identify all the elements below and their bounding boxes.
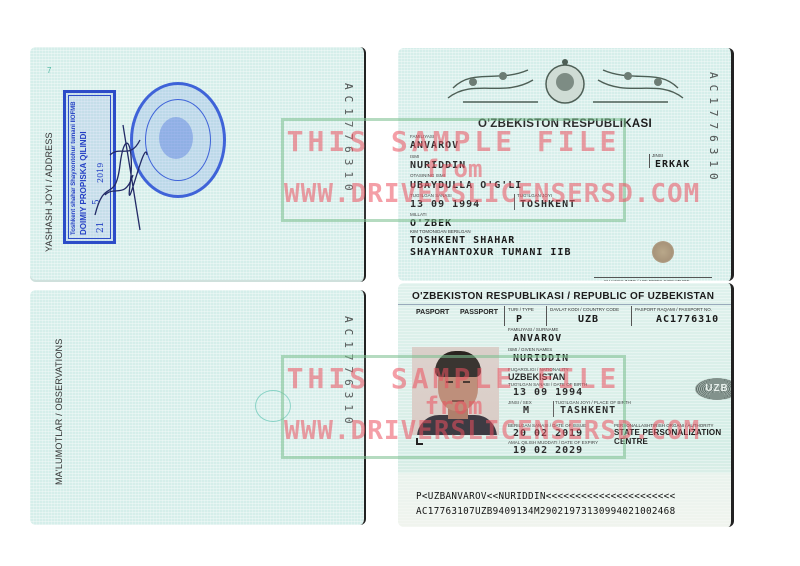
country-code-value: UZB	[578, 314, 599, 325]
issued-by-line1: TOSHKENT SHAHAR	[410, 235, 515, 246]
doc-type-uz: PASPORT	[416, 309, 449, 316]
pob-value: TOSHKENT	[520, 199, 576, 210]
pob-value: TASHKENT	[560, 405, 616, 416]
issued-by-label: KIM TOMONIDAN BERILGAN	[410, 229, 471, 234]
nationality-value: UZBEKISTAN	[508, 372, 565, 382]
sex-value: ERKAK	[655, 159, 690, 170]
patronymic-label: OTASINING ISMI	[410, 173, 445, 178]
country-code-label: DAVLAT KODI / COUNTRY CODE	[550, 307, 619, 312]
observations-section-label: MA'LUMOTLAR / OBSERVATIONS	[54, 339, 64, 485]
dob-label: TUG'ILGAN SANASI	[410, 193, 452, 198]
expiry-date-value: 19 02 2029	[513, 445, 583, 456]
dob-value: 13 09 1994	[410, 199, 480, 210]
surname-label: FAMILIYASI / SURNAME	[508, 327, 558, 332]
authority-line1: STATE PERSONALIZATION	[614, 428, 721, 437]
dob-value: 13 09 1994	[513, 387, 583, 398]
personal-page-title: O'ZBEKISTON RESPUBLIKASI	[478, 118, 652, 130]
mrz-line-1: P<UZBANVAROV<<NURIDDIN<<<<<<<<<<<<<<<<<<…	[416, 491, 675, 502]
type-value: P	[516, 314, 523, 325]
signature-scribble	[85, 115, 155, 235]
sex-label: JINSI	[652, 153, 663, 158]
name-label: ISMI	[410, 154, 419, 159]
biodata-page-title: O'ZBEKISTON RESPUBLIKASI / REPUBLIC OF U…	[412, 291, 714, 302]
address-page: 7 YASHASH JOYI / ADDRESS Toshkent shahar…	[30, 47, 366, 282]
issue-date-value: 20 02 2019	[513, 428, 583, 439]
perforated-serial: AC1776310	[342, 316, 355, 430]
issued-by-line2: SHAYHANTOXUR TUMANI IIB	[410, 247, 571, 258]
state-emblem-icon	[443, 58, 688, 104]
signature-label: SHAXSIY IMZO / HOLDER'S SIGNATURE	[604, 279, 689, 281]
perforated-serial: AC1776310	[342, 83, 355, 197]
watermark-emblem-icon	[255, 390, 291, 422]
address-section-label: YASHASH JOYI / ADDRESS	[44, 132, 54, 252]
doc-type-en: PASSPORT	[460, 309, 498, 316]
type-label: TURI / TYPE	[508, 307, 534, 312]
surname-value: ANVAROV	[410, 140, 459, 151]
signature-line	[594, 277, 712, 278]
stamp-line1: Toshkent shahar Shayxontohur tumani IIOF…	[71, 101, 77, 235]
biodata-page: O'ZBEKISTON RESPUBLIKASI / REPUBLIC OF U…	[398, 283, 734, 527]
personal-data-page: O'ZBEKISTON RESPUBLIKASI FAMILIYASI ANVA…	[398, 48, 734, 281]
emblem-icon	[159, 117, 193, 159]
authority-line2: CENTRE	[614, 437, 648, 446]
name-value: NURIDDIN	[410, 160, 466, 171]
surname-value: ANVAROV	[513, 333, 562, 344]
patronymic-value: UBAYDULLA O'G'LI	[410, 180, 522, 191]
passport-no-value: AC1776310	[656, 314, 719, 325]
ghost-seal-icon	[652, 241, 674, 263]
mrz-line-2: AC17763107UZB9409134M2902197313099402100…	[416, 506, 675, 517]
passport-no-label: PASPORT RAQAMI / PASSPORT No.	[635, 307, 712, 312]
given-names-label: ISMI / GIVEN NAMES	[508, 347, 552, 352]
nationality-value: O'ZBEK	[410, 218, 452, 229]
uzb-hologram: UZB	[695, 378, 734, 400]
holder-photo	[412, 347, 499, 435]
pob-label: TUG'ILGAN JOYI	[517, 193, 552, 198]
corner-mark-icon	[416, 438, 423, 445]
surname-label: FAMILIYASI	[410, 134, 434, 139]
page-number: 7	[47, 66, 51, 75]
sex-value: M	[523, 405, 530, 416]
nationality-label: MILLATI	[410, 212, 427, 217]
given-names-value: NURIDDIN	[513, 353, 569, 364]
perforated-serial: AC1776310	[707, 72, 720, 186]
observations-page: MA'LUMOTLAR / OBSERVATIONS AC1776310	[30, 290, 366, 525]
